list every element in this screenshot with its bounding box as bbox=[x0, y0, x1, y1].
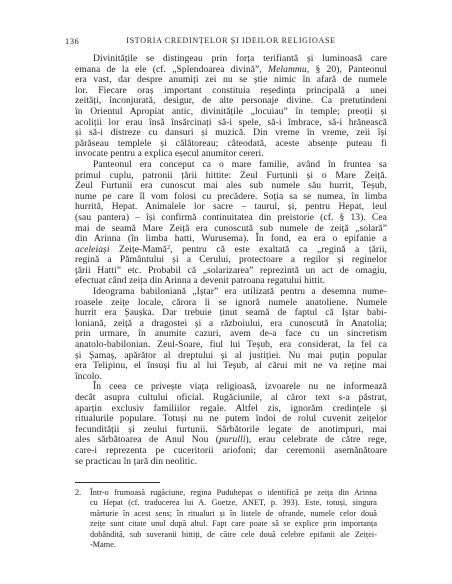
footnote-reference: 2 bbox=[167, 244, 170, 251]
text-line: Divinitățile se distingeau prin forța te… bbox=[75, 54, 387, 65]
text-line: era Telipinu, el însuși fiu al lui Teșub… bbox=[75, 361, 387, 372]
page-body: Divinitățile se distingeau prin forța te… bbox=[75, 54, 387, 467]
text-line: decât asupra cultului oficial. Rugăciuni… bbox=[75, 393, 387, 404]
text-line: -Mame. bbox=[90, 540, 377, 550]
text-line: Panteonul era conceput ca o mare familie… bbox=[75, 160, 387, 171]
text-line: dobândită, sub suveranii hittiți, de căt… bbox=[90, 530, 377, 540]
italic-term: purulli bbox=[219, 434, 245, 445]
italic-term: Melammu bbox=[268, 64, 307, 75]
text-line: care-i reprezenta pe cuceritorii ariofon… bbox=[75, 446, 387, 457]
italic-term: aceleiași bbox=[75, 244, 110, 255]
footnote-number: 2. bbox=[75, 488, 81, 498]
text-line: se practicau în țară din neolitic. bbox=[75, 457, 387, 468]
running-title: ISTORIA CREDINȚELOR ȘI IDEILOR RELIGIOAS… bbox=[75, 36, 387, 45]
footnote-lines: Într-o frumoasă rugăciune, regina Puduhe… bbox=[90, 488, 377, 550]
text-line: Într-o frumoasă rugăciune, regina Puduhe… bbox=[90, 488, 377, 498]
book-page: 136 ISTORIA CREDINȚELOR ȘI IDEILOR RELIG… bbox=[0, 0, 452, 584]
footnote-separator bbox=[75, 482, 160, 483]
text-line: cu Hepat (cf. traducerea lui A. Goetze, … bbox=[90, 498, 377, 508]
text-line: zeițe sunt citate unul după altul. Fapt … bbox=[90, 519, 377, 529]
text-line: în Orientul Apropiat antic, divinitățile… bbox=[75, 107, 387, 118]
page-header: 136 ISTORIA CREDINȚELOR ȘI IDEILOR RELIG… bbox=[75, 36, 387, 48]
text-line: (sau pantera) – își confirmă continuitat… bbox=[75, 213, 387, 224]
text-line: mărturie în acest sens; în ritualuri și … bbox=[90, 509, 377, 519]
